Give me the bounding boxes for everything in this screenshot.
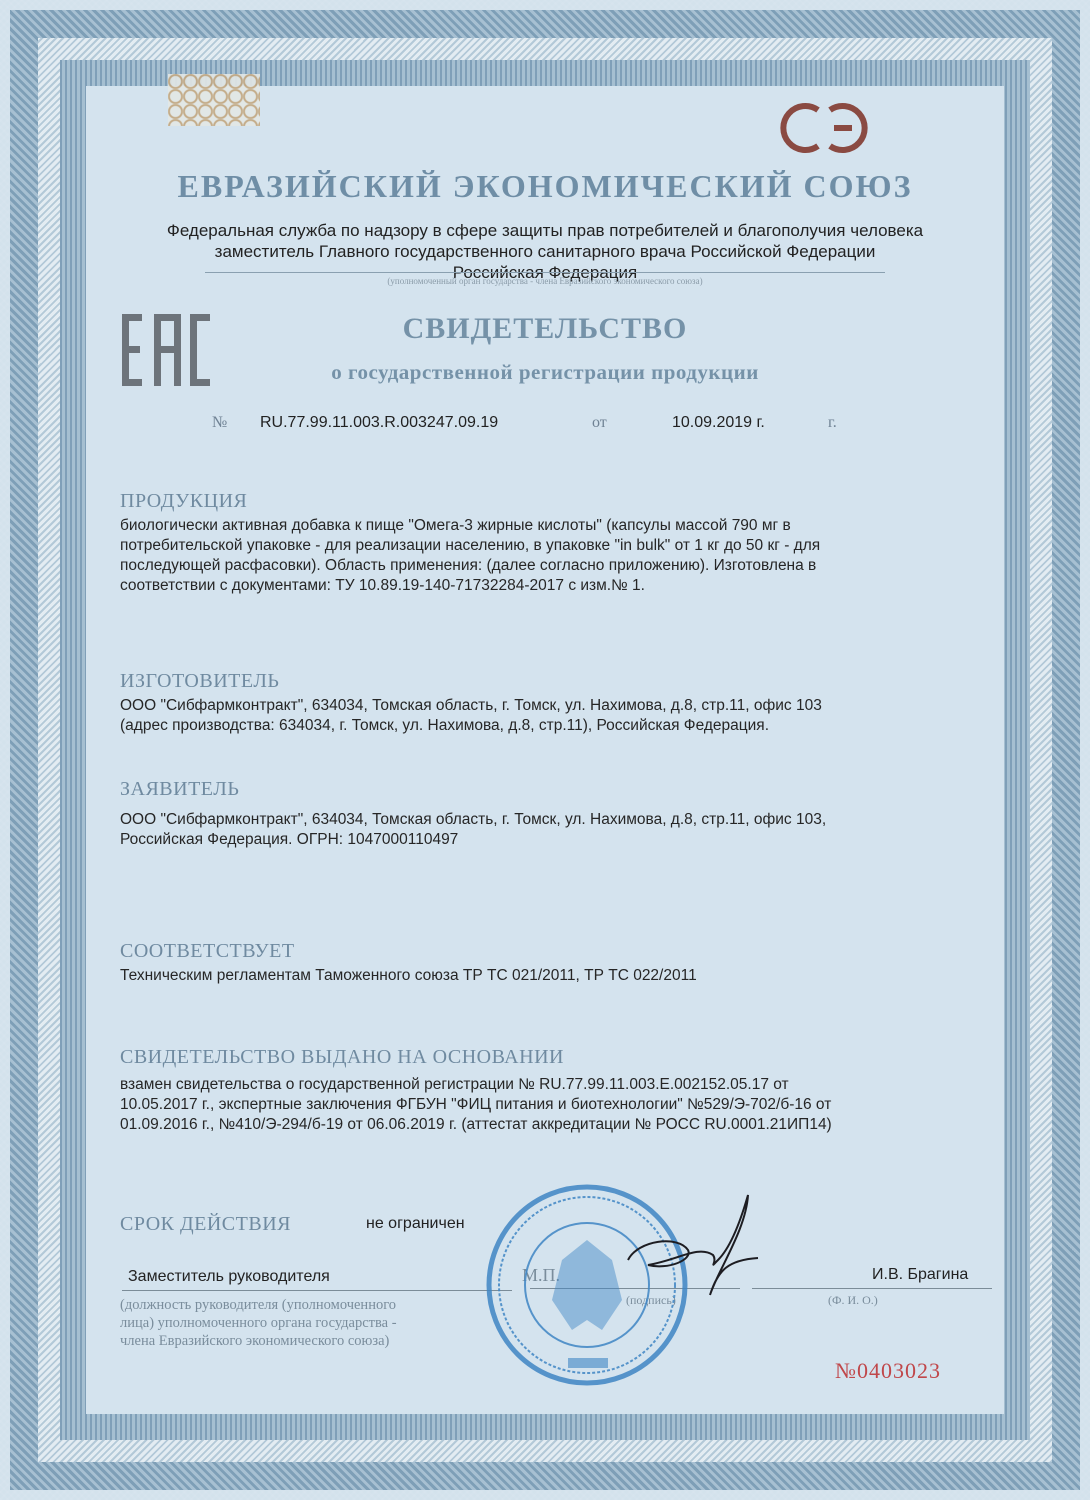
caption-line: члена Евразийского экономического союза) xyxy=(120,1332,500,1350)
divider xyxy=(205,272,885,273)
name-line xyxy=(752,1288,992,1289)
se-logo-icon xyxy=(776,96,872,160)
section-title-applicant: ЗАЯВИТЕЛЬ xyxy=(120,778,239,801)
agency-line: Федеральная служба по надзору в сфере за… xyxy=(100,220,990,241)
section-title-validity: СРОК ДЕЙСТВИЯ xyxy=(120,1213,291,1236)
text-line: ООО "Сибфармконтракт", 634034, Томская о… xyxy=(120,810,980,830)
name-caption: (Ф. И. О.) xyxy=(828,1293,878,1308)
hologram-icon xyxy=(168,74,260,126)
number-label: № xyxy=(212,414,227,432)
section-body-manufacturer: ООО "Сибфармконтракт", 634034, Томская о… xyxy=(120,696,980,736)
text-line: 10.05.2017 г., экспертные заключения ФГБ… xyxy=(120,1095,1000,1115)
text-line: биологически активная добавка к пище "Ом… xyxy=(120,516,980,536)
caption-line: лица) уполномоченного органа государства… xyxy=(120,1314,500,1332)
caption-line: (должность руководителя (уполномоченного xyxy=(120,1296,500,1314)
text-line: соответствии с документами: ТУ 10.89.19-… xyxy=(120,576,980,596)
section-body-conformity: Техническим регламентам Таможенного союз… xyxy=(120,966,980,986)
text-line: взамен свидетельства о государственной р… xyxy=(120,1075,1000,1095)
registration-number: RU.77.99.11.003.R.003247.09.19 xyxy=(260,414,498,432)
text-line: потребительской упаковке - для реализаци… xyxy=(120,536,980,556)
certificate-content: ЕВРАЗИЙСКИЙ ЭКОНОМИЧЕСКИЙ СОЮЗ Федеральн… xyxy=(0,0,1090,1500)
certificate-subtitle: о государственной регистрации продукции xyxy=(0,360,1090,385)
text-line: ООО "Сибфармконтракт", 634034, Томская о… xyxy=(120,696,980,716)
issuing-agency: Федеральная служба по надзору в сфере за… xyxy=(100,220,990,283)
section-title-product: ПРОДУКЦИЯ xyxy=(120,490,247,513)
date-label: от xyxy=(592,414,607,432)
section-body-applicant: ООО "Сибфармконтракт", 634034, Томская о… xyxy=(120,810,980,850)
section-title-manufacturer: ИЗГОТОВИТЕЛЬ xyxy=(120,670,279,693)
agency-line: заместитель Главного государственного са… xyxy=(100,241,990,262)
registration-date: 10.09.2019 г. xyxy=(672,414,765,432)
signature-icon xyxy=(618,1190,768,1300)
text-line: 01.09.2016 г., №410/Э-294/б-19 от 06.06.… xyxy=(120,1115,1000,1135)
validity-value: не ограничен xyxy=(366,1215,465,1233)
position-line xyxy=(122,1290,512,1291)
text-line: Российская Федерация. ОГРН: 104700011049… xyxy=(120,830,980,850)
section-body-basis: взамен свидетельства о государственной р… xyxy=(120,1075,1000,1135)
date-suffix: г. xyxy=(828,414,837,432)
certificate-title: СВИДЕТЕЛЬСТВО xyxy=(0,312,1090,346)
section-body-product: биологически активная добавка к пище "Ом… xyxy=(120,516,980,596)
position-caption: (должность руководителя (уполномоченного… xyxy=(120,1296,500,1350)
serial-number: №0403023 xyxy=(835,1358,941,1384)
section-title-basis: СВИДЕТЕЛЬСТВО ВЫДАНО НА ОСНОВАНИИ xyxy=(120,1046,564,1069)
section-title-conformity: СООТВЕТСТВУЕТ xyxy=(120,940,295,963)
signer-position: Заместитель руководителя xyxy=(128,1268,330,1286)
text-line: Техническим регламентам Таможенного союз… xyxy=(120,966,980,986)
text-line: последующей расфасовки). Область примене… xyxy=(120,556,980,576)
signer-name: И.В. Брагина xyxy=(872,1266,968,1284)
agency-caption: (уполномоченный орган государства - член… xyxy=(0,276,1090,286)
text-line: (адрес производства: 634034, г. Томск, у… xyxy=(120,716,980,736)
union-title: ЕВРАЗИЙСКИЙ ЭКОНОМИЧЕСКИЙ СОЮЗ xyxy=(0,168,1090,205)
